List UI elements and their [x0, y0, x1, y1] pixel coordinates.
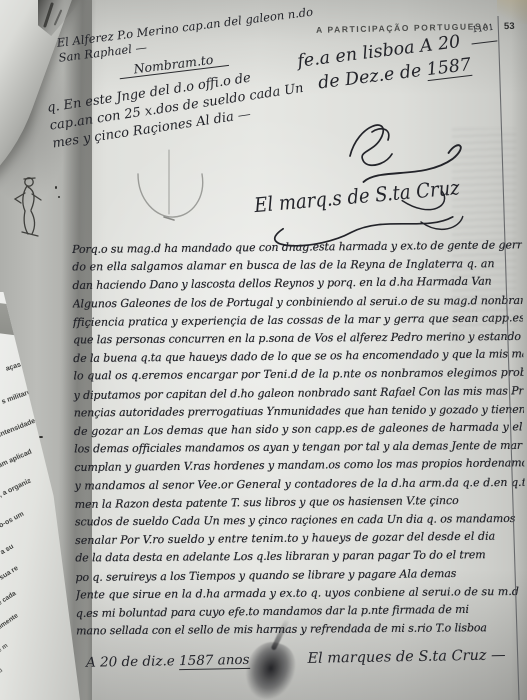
compass-arc-mark [126, 146, 220, 238]
closing-date: A 20 de diz.e 1587 anos [86, 652, 250, 671]
manuscript-line: y mandamos al senor Vee.or General y con… [74, 474, 524, 496]
page-number: 53 [504, 21, 515, 32]
manuscript-line: do en ella salgamos alamar en busca de l… [72, 255, 522, 277]
manuscript-body: Porq.o su mag.d ha mandado que con dnag.… [72, 236, 526, 647]
signature-text: El marq.s de S.ta Cruz [252, 175, 461, 217]
manuscript-line: los demas officiales mandamos os ayan y … [74, 437, 524, 459]
closing-date-text: A 20 de diz.e [86, 653, 179, 671]
manuscript-line: mano sellada con el sello de mis harmas … [76, 619, 526, 641]
closing-date-underlined: 1587 anos [179, 652, 250, 670]
book-photo: de mar de um galeão no qual se S aças do… [0, 0, 527, 700]
manuscript-line: scudos de sueldo Cada Un mes y çinco raç… [75, 510, 525, 532]
manuscript-line: Algunos Galeones de los de Portugal y co… [73, 291, 523, 313]
manuscript-line: Jente que sirue en la d.ha armada y ex.t… [76, 583, 526, 605]
date-block: 1101 fe.a en lisboa A 20 de Dez.e de 158… [296, 24, 515, 98]
closing-signature: El marques de S.ta Cruz — [307, 647, 505, 666]
manuscript-facsimile: El Alferez P.o Merino cap.an del galeon … [0, 0, 527, 700]
manuscript-line: nençias autoridades prerrogatiuas Ynmuni… [74, 401, 524, 423]
manuscript-line: que las personas concurren en la p.sona … [73, 328, 523, 350]
closing-line: A 20 de diz.e 1587 anos El marques de S.… [86, 647, 516, 671]
date-year: 1587 [426, 55, 473, 81]
